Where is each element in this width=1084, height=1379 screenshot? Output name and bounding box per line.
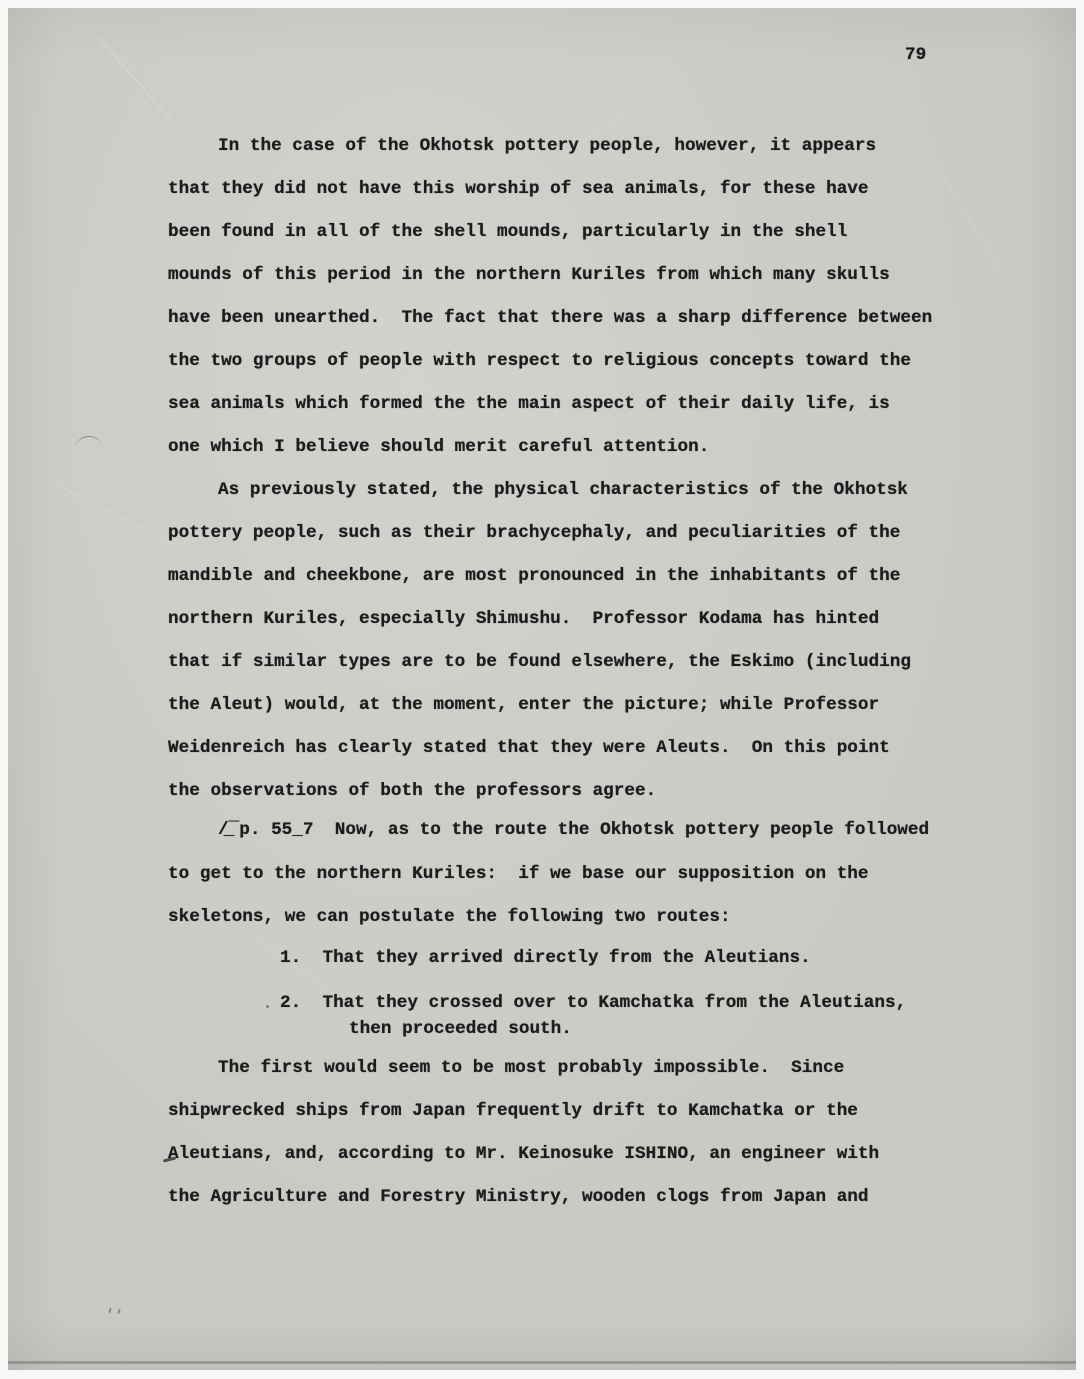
text-line: Weidenreich has clearly stated that they… [168, 739, 890, 758]
text-line: the Aleut) would, at the moment, enter t… [168, 696, 879, 715]
text-line: Aleutians, and, according to Mr. Keinosu… [168, 1145, 879, 1164]
pencil-mark [74, 435, 101, 449]
text-line: northern Kuriles, especially Shimushu. P… [168, 610, 879, 629]
text-line: that they did not have this worship of s… [168, 180, 869, 199]
scratch-line [99, 38, 175, 125]
paper-background [8, 8, 1076, 1370]
text-line: /̲¯p. 55_7 Now, as to the route the Okho… [218, 821, 929, 840]
text-line: The first would seem to be most probably… [218, 1059, 844, 1078]
speck [266, 1005, 269, 1008]
speck [108, 1308, 111, 1313]
text-line: one which I believe should merit careful… [168, 438, 709, 457]
text-line: sea animals which formed the the main as… [168, 395, 890, 414]
text-line: the observations of both the professors … [168, 782, 656, 801]
text-line: pottery people, such as their brachyceph… [168, 524, 900, 543]
speck [117, 1309, 120, 1314]
scanned-document-page: 79 In the case of the Okhotsk pottery pe… [0, 0, 1084, 1379]
text-line: skeletons, we can postulate the followin… [168, 908, 731, 927]
text-line: the two groups of people with respect to… [168, 352, 911, 371]
page-number: 79 [905, 46, 926, 65]
text-line: In the case of the Okhotsk pottery peopl… [218, 137, 876, 156]
text-line: the Agriculture and Forestry Ministry, w… [168, 1188, 869, 1207]
text-line: that if similar types are to be found el… [168, 653, 911, 672]
text-line: been found in all of the shell mounds, p… [168, 223, 847, 242]
text-line: As previously stated, the physical chara… [218, 481, 908, 500]
text-line: mandible and cheekbone, are most pronoun… [168, 567, 900, 586]
scan-edge [8, 1361, 1076, 1364]
scratch-line [912, 128, 1003, 273]
text-line: to get to the northern Kuriles: if we ba… [168, 865, 869, 884]
text-line: mounds of this period in the northern Ku… [168, 266, 890, 285]
scratch-line [60, 486, 176, 546]
text-line: have been unearthed. The fact that there… [168, 309, 932, 328]
text-line: then proceeded south. [349, 1020, 572, 1039]
text-line: 2. That they crossed over to Kamchatka f… [280, 994, 906, 1013]
text-line: shipwrecked ships from Japan frequently … [168, 1102, 858, 1121]
text-line: 1. That they arrived directly from the A… [280, 949, 811, 968]
